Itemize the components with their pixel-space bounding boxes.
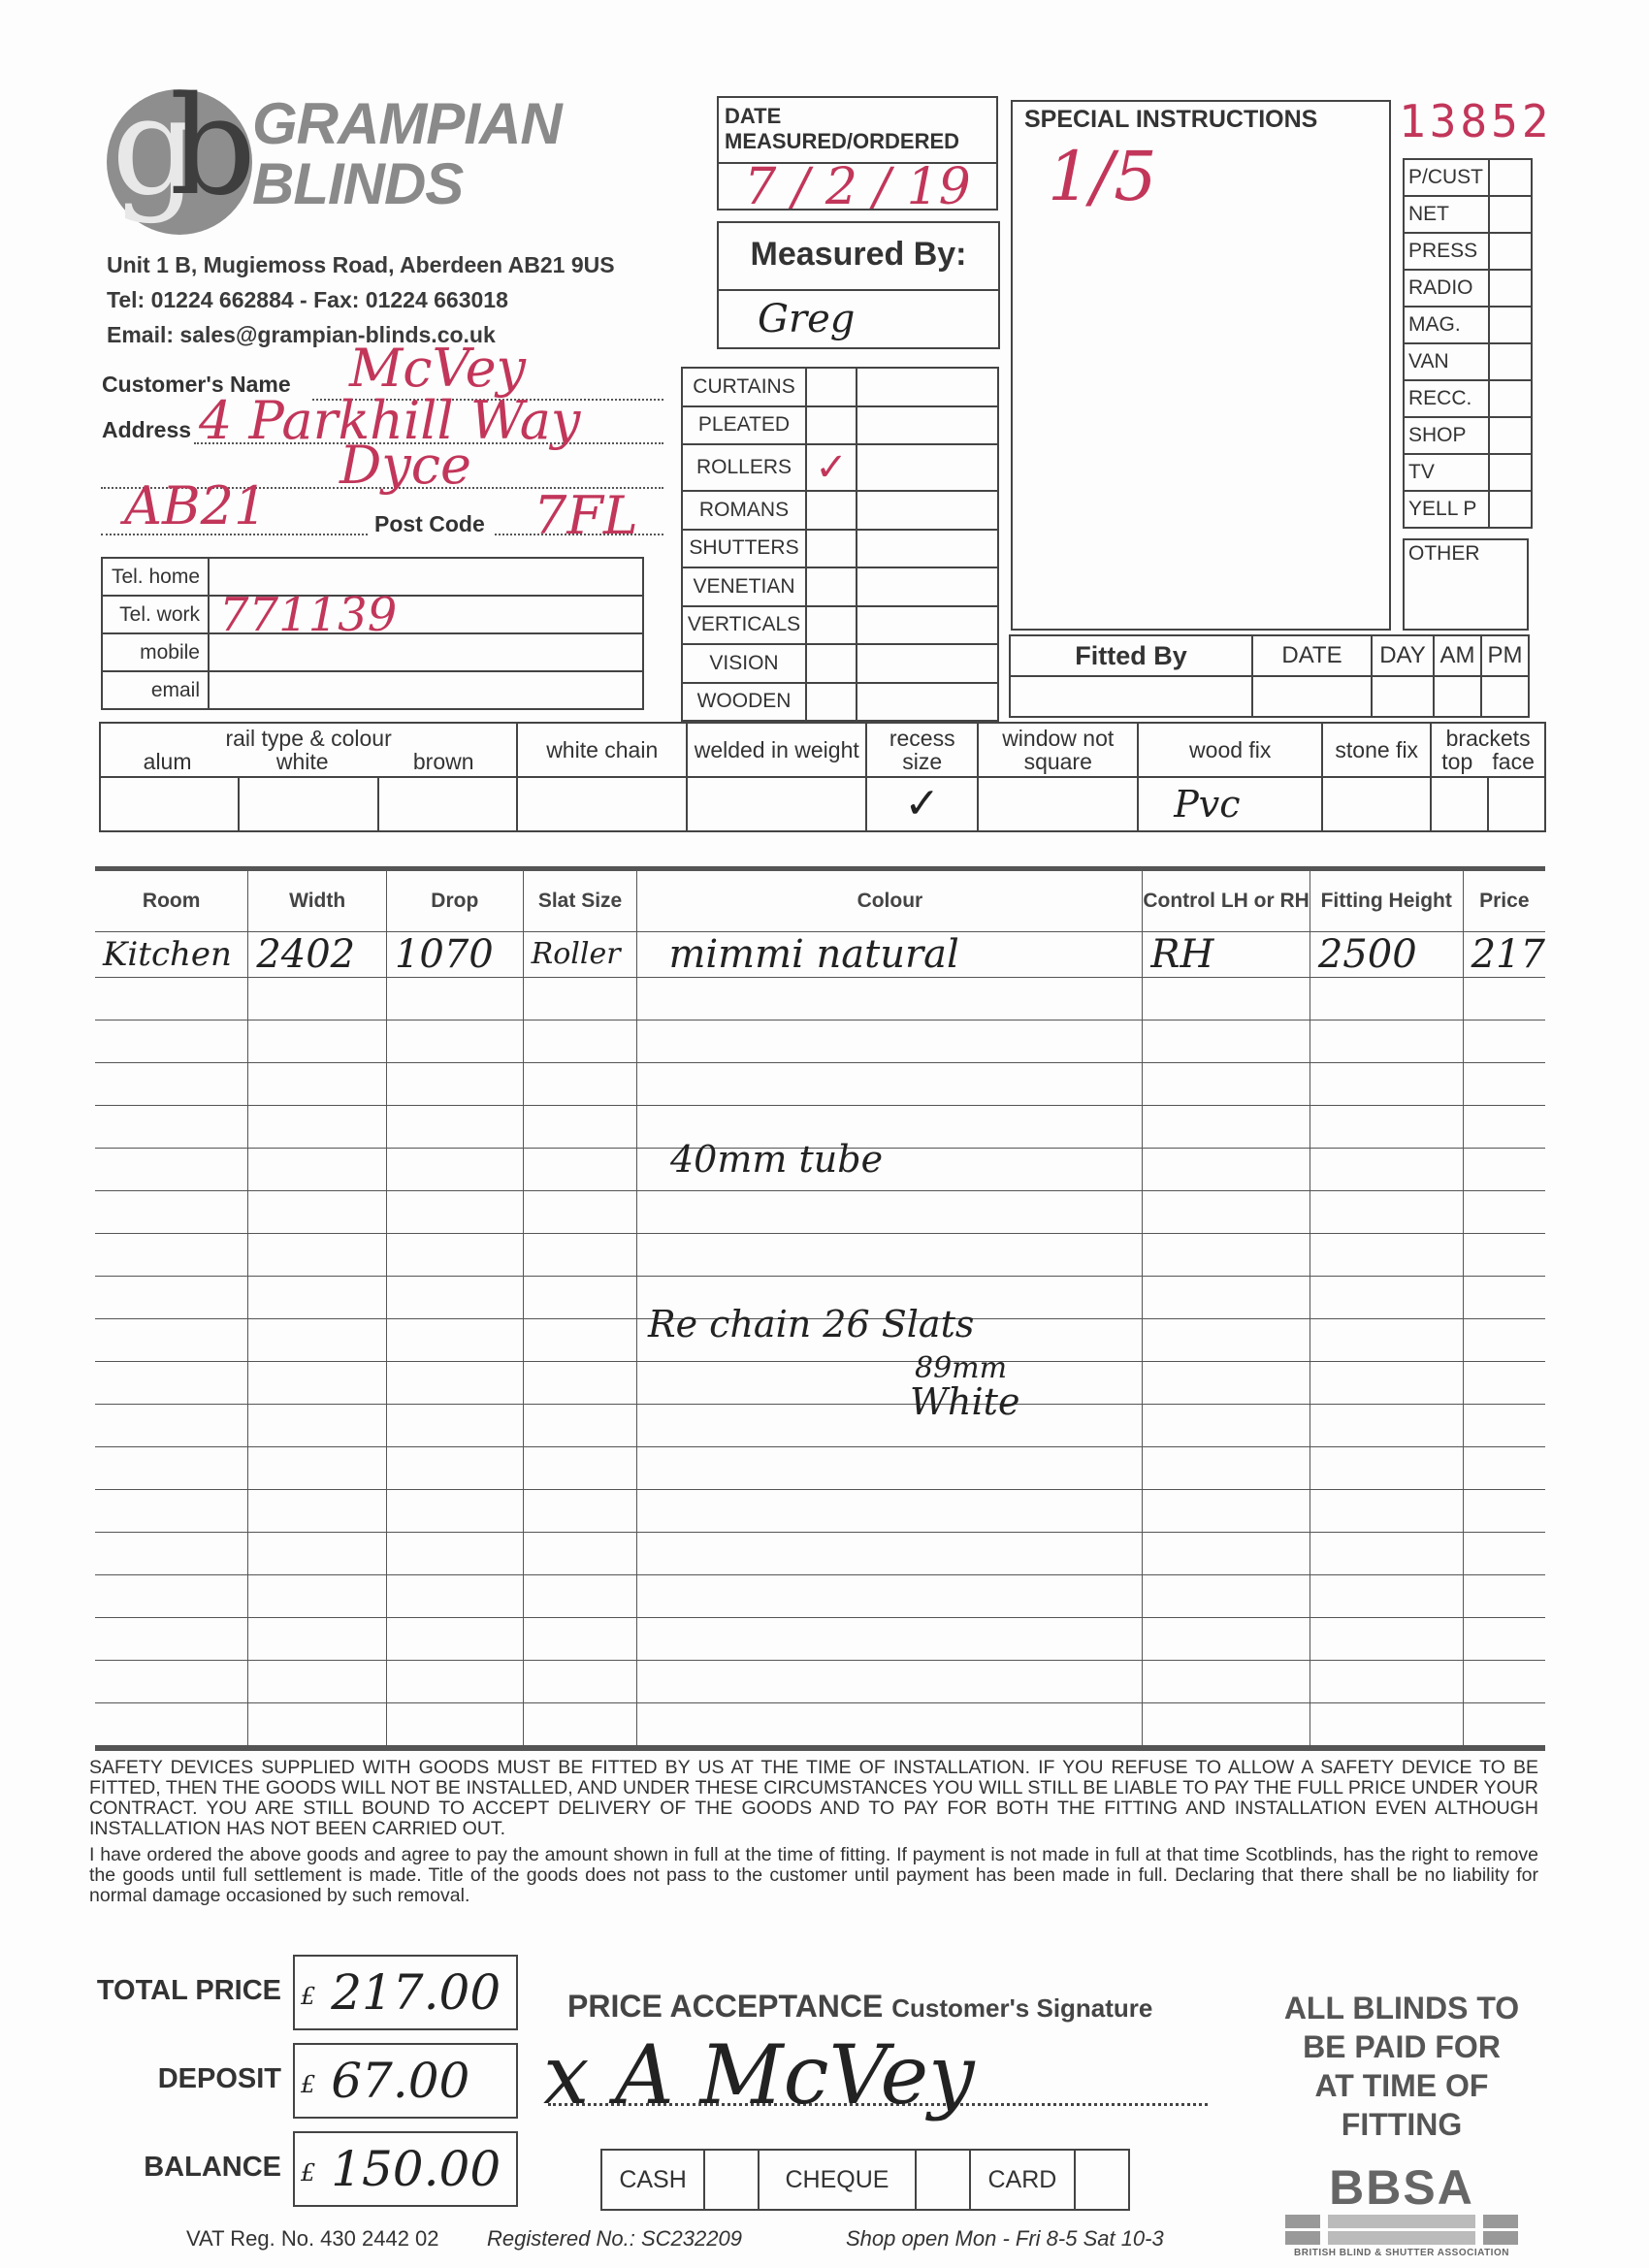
window-not-square-field[interactable] <box>978 777 1138 831</box>
source-checkbox[interactable] <box>1489 196 1532 233</box>
source-label: PRESS <box>1404 233 1489 270</box>
type-label: WOODEN <box>682 683 806 722</box>
type-checkbox[interactable] <box>806 644 857 683</box>
source-checkbox[interactable] <box>1489 417 1532 454</box>
payment-agreement: I have ordered the above goods and agree… <box>89 1845 1538 1906</box>
fitted-date-field[interactable] <box>1252 676 1372 717</box>
bbsa-logo: BBSA BRITISH BLIND & SHUTTER ASSOCIATION <box>1285 2163 1518 2258</box>
measured-by-label: Measured By: <box>719 223 998 291</box>
payment-cheque-checkbox[interactable] <box>916 2150 970 2210</box>
fitted-pm-label: PM <box>1481 635 1529 676</box>
cell-drop[interactable]: 1070 <box>386 931 523 977</box>
measured-by-field[interactable]: Greg <box>719 291 998 347</box>
price-acceptance-heading: PRICE ACCEPTANCE Customer's Signature <box>567 1989 1152 2025</box>
company-address: Unit 1 B, Mugiemoss Road, Aberdeen AB21 … <box>107 247 615 282</box>
company-logo: gb <box>112 80 227 215</box>
cell-slat-size[interactable]: Roller <box>523 931 637 977</box>
payment-notice: ALL BLINDS TO BE PAID FOR AT TIME OF FIT… <box>1251 1989 1552 2144</box>
special-instructions-label: SPECIAL INSTRUCTIONS <box>1013 102 1389 138</box>
table-row <box>95 1190 1545 1233</box>
table-row <box>95 1404 1545 1446</box>
total-price-field[interactable]: £ 217.00 <box>293 1955 518 2030</box>
wood-fix-field[interactable]: Pvc <box>1138 777 1322 831</box>
rail-type-header: rail type & colour alum white brown <box>100 723 517 777</box>
total-price-label: TOTAL PRICE <box>87 1975 281 2007</box>
cell-colour[interactable]: mimmi natural <box>637 931 1143 977</box>
company-name: GRAMPIAN BLINDS <box>252 94 562 214</box>
type-qty[interactable] <box>857 683 998 722</box>
blind-type-table: CURTAINS PLEATED ROLLERS✓ ROMANS SHUTTER… <box>681 367 999 722</box>
table-row <box>95 1489 1545 1532</box>
contact-table: Tel. home Tel. work771139 mobile email <box>101 557 644 710</box>
source-checkbox[interactable] <box>1489 454 1532 491</box>
balance-label: BALANCE <box>87 2152 281 2184</box>
fitted-by-label: Fitted By <box>1010 635 1252 676</box>
customer-signature[interactable]: x A McVey <box>543 2027 975 2122</box>
email-label: email <box>102 671 209 709</box>
table-row <box>95 1702 1545 1745</box>
source-checkbox[interactable] <box>1489 307 1532 343</box>
type-qty[interactable] <box>857 491 998 530</box>
company-phone-fax: Tel: 01224 662884 - Fax: 01224 663018 <box>107 282 615 317</box>
type-qty[interactable] <box>857 368 998 406</box>
col-price: Price <box>1463 871 1545 931</box>
rail-brown-field[interactable] <box>378 777 517 831</box>
cell-room[interactable]: Kitchen <box>95 931 248 977</box>
postcode-prefix-field[interactable]: AB21 <box>124 475 267 536</box>
source-checkbox[interactable] <box>1489 233 1532 270</box>
type-label: VERTICALS <box>682 606 806 645</box>
rail-white-label: white <box>276 750 329 773</box>
special-instructions-field[interactable]: 1/5 <box>1013 138 1389 215</box>
col-room: Room <box>95 871 248 931</box>
window-not-square-header: window not square <box>978 723 1138 777</box>
col-colour: Colour <box>637 871 1143 931</box>
rail-brown-label: brown <box>413 750 474 773</box>
type-checkbox[interactable] <box>806 683 857 722</box>
type-label: VISION <box>682 644 806 683</box>
source-label: MAG. <box>1404 307 1489 343</box>
type-qty[interactable] <box>857 644 998 683</box>
shop-hours: Shop open Mon - Fri 8-5 Sat 10-3 <box>846 2226 1164 2252</box>
table-row <box>95 1617 1545 1660</box>
payment-cash-checkbox[interactable] <box>704 2150 759 2210</box>
type-checkbox-checked[interactable]: ✓ <box>806 444 857 491</box>
type-label: SHUTTERS <box>682 530 806 568</box>
table-row: Kitchen 2402 1070 Roller mimmi natural R… <box>95 931 1545 977</box>
source-label: YELL P <box>1404 491 1489 528</box>
tel-work-label: Tel. work <box>102 596 209 633</box>
cell-width[interactable]: 2402 <box>248 931 387 977</box>
note-rechain: Re chain 26 Slats <box>648 1303 974 1345</box>
fitted-day-label: DAY <box>1372 635 1434 676</box>
order-number: 13852 <box>1399 95 1552 147</box>
payment-cheque-label: CHEQUE <box>759 2150 916 2210</box>
col-drop: Drop <box>386 871 523 931</box>
brackets-header: brackets top face <box>1431 723 1545 777</box>
fitted-day-field[interactable] <box>1372 676 1434 717</box>
email-field[interactable] <box>209 671 643 709</box>
terms-text: SAFETY DEVICES SUPPLIED WITH GOODS MUST … <box>89 1758 1538 1912</box>
fitted-am-field[interactable] <box>1434 676 1481 717</box>
type-qty[interactable] <box>857 567 998 606</box>
type-qty[interactable] <box>857 606 998 645</box>
white-chain-header: white chain <box>517 723 687 777</box>
col-width: Width <box>248 871 387 931</box>
table-row <box>95 1660 1545 1702</box>
note-slat-colour: White <box>910 1380 1019 1423</box>
table-row <box>95 1020 1545 1062</box>
registered-number: Registered No.: SC232209 <box>487 2226 742 2252</box>
source-label: VAN <box>1404 343 1489 380</box>
source-label: TV <box>1404 454 1489 491</box>
type-checkbox[interactable] <box>806 491 857 530</box>
type-checkbox[interactable] <box>806 567 857 606</box>
address-label: Address <box>102 417 191 443</box>
welded-weight-field[interactable] <box>687 777 866 831</box>
brackets-face-label: face <box>1492 750 1534 773</box>
source-label: RECC. <box>1404 380 1489 417</box>
type-label: PLEATED <box>682 406 806 445</box>
recess-size-check[interactable]: ✓ <box>866 777 978 831</box>
source-label: SHOP <box>1404 417 1489 454</box>
type-label: CURTAINS <box>682 368 806 406</box>
cell-fitting-height[interactable]: 2500 <box>1309 931 1463 977</box>
type-qty[interactable] <box>857 444 998 491</box>
table-row <box>95 1446 1545 1489</box>
measured-by-box: Measured By: Greg <box>717 221 1000 349</box>
table-row <box>95 1062 1545 1105</box>
tel-work-field[interactable]: 771139 <box>209 596 643 633</box>
special-instructions-box: SPECIAL INSTRUCTIONS 1/5 <box>1011 100 1391 631</box>
source-other-label: OTHER <box>1408 542 1480 565</box>
type-label: ROMANS <box>682 491 806 530</box>
date-measured-box: DATE MEASURED/ORDERED 7 / 2 / 19 <box>717 96 998 211</box>
source-checkbox[interactable] <box>1489 270 1532 307</box>
date-measured-label: DATE MEASURED/ORDERED <box>719 98 996 164</box>
table-row <box>95 977 1545 1020</box>
deposit-field[interactable]: £ 67.00 <box>293 2043 518 2119</box>
vat-number: VAT Reg. No. 430 2442 02 <box>186 2226 439 2252</box>
type-label: ROLLERS <box>682 444 806 491</box>
brackets-face-field[interactable] <box>1488 777 1545 831</box>
company-contact: Unit 1 B, Mugiemoss Road, Aberdeen AB21 … <box>107 247 615 352</box>
bbsa-bars <box>1285 2215 1518 2228</box>
type-qty[interactable] <box>857 530 998 568</box>
address-field-2[interactable]: Dyce <box>339 435 471 496</box>
stone-fix-field[interactable] <box>1322 777 1431 831</box>
date-measured-field[interactable]: 7 / 2 / 19 <box>719 164 996 211</box>
type-qty[interactable] <box>857 406 998 445</box>
source-checkbox[interactable] <box>1489 343 1532 380</box>
cell-price[interactable]: 217 <box>1463 931 1545 977</box>
rail-white-field[interactable] <box>239 777 377 831</box>
source-checkbox[interactable] <box>1489 491 1532 528</box>
welded-weight-header: welded in weight <box>687 723 866 777</box>
rail-alum-label: alum <box>144 750 192 773</box>
type-checkbox[interactable] <box>806 368 857 406</box>
payment-card-checkbox[interactable] <box>1075 2150 1129 2210</box>
postcode-suffix-field[interactable]: 7FL <box>533 485 638 546</box>
type-label: VENETIAN <box>682 567 806 606</box>
payment-card-label: CARD <box>970 2150 1075 2210</box>
type-checkbox[interactable] <box>806 530 857 568</box>
note-tube: 40mm tube <box>670 1138 883 1181</box>
postcode-label: Post Code <box>374 511 485 537</box>
white-chain-field[interactable] <box>517 777 687 831</box>
col-fitting-height: Fitting Height <box>1309 871 1463 931</box>
table-row <box>95 1574 1545 1617</box>
fitted-am-label: AM <box>1434 635 1481 676</box>
tel-home-label: Tel. home <box>102 558 209 596</box>
bbsa-bars <box>1285 2231 1518 2245</box>
brackets-top-field[interactable] <box>1431 777 1488 831</box>
payment-cash-label: CASH <box>601 2150 704 2210</box>
table-row <box>95 1233 1545 1276</box>
brackets-top-label: top <box>1441 750 1472 773</box>
type-checkbox[interactable] <box>806 606 857 645</box>
lead-source-table: P/CUST NET PRESS RADIO MAG. VAN RECC. SH… <box>1403 158 1533 529</box>
fitted-date-label: DATE <box>1252 635 1372 676</box>
signature-label: Customer's Signature <box>891 1993 1152 2023</box>
fitted-pm-field[interactable] <box>1481 676 1529 717</box>
source-other-field[interactable]: OTHER <box>1403 538 1529 631</box>
payment-method-table: CASH CHEQUE CARD <box>600 2149 1130 2211</box>
mobile-label: mobile <box>102 633 209 671</box>
items-table-container: Room Width Drop Slat Size Colour Control… <box>95 866 1545 1751</box>
col-slat-size: Slat Size <box>523 871 637 931</box>
rail-alum-field[interactable] <box>100 777 239 831</box>
deposit-label: DEPOSIT <box>87 2063 281 2095</box>
table-row <box>95 1361 1545 1404</box>
balance-field[interactable]: £ 150.00 <box>293 2131 518 2207</box>
safety-notice: SAFETY DEVICES SUPPLIED WITH GOODS MUST … <box>89 1758 1538 1839</box>
type-checkbox[interactable] <box>806 406 857 445</box>
source-checkbox[interactable] <box>1489 159 1532 196</box>
options-table: rail type & colour alum white brown whit… <box>99 722 1546 832</box>
table-row <box>95 1532 1545 1574</box>
cell-control[interactable]: RH <box>1143 931 1309 977</box>
recess-size-header: recess size <box>866 723 978 777</box>
fitted-by-field[interactable] <box>1010 676 1252 717</box>
fitted-by-table: Fitted By DATE DAY AM PM <box>1009 634 1530 718</box>
source-label: NET <box>1404 196 1489 233</box>
source-label: RADIO <box>1404 270 1489 307</box>
wood-fix-header: wood fix <box>1138 723 1322 777</box>
stone-fix-header: stone fix <box>1322 723 1431 777</box>
col-control: Control LH or RH <box>1143 871 1309 931</box>
source-label: P/CUST <box>1404 159 1489 196</box>
source-checkbox[interactable] <box>1489 380 1532 417</box>
